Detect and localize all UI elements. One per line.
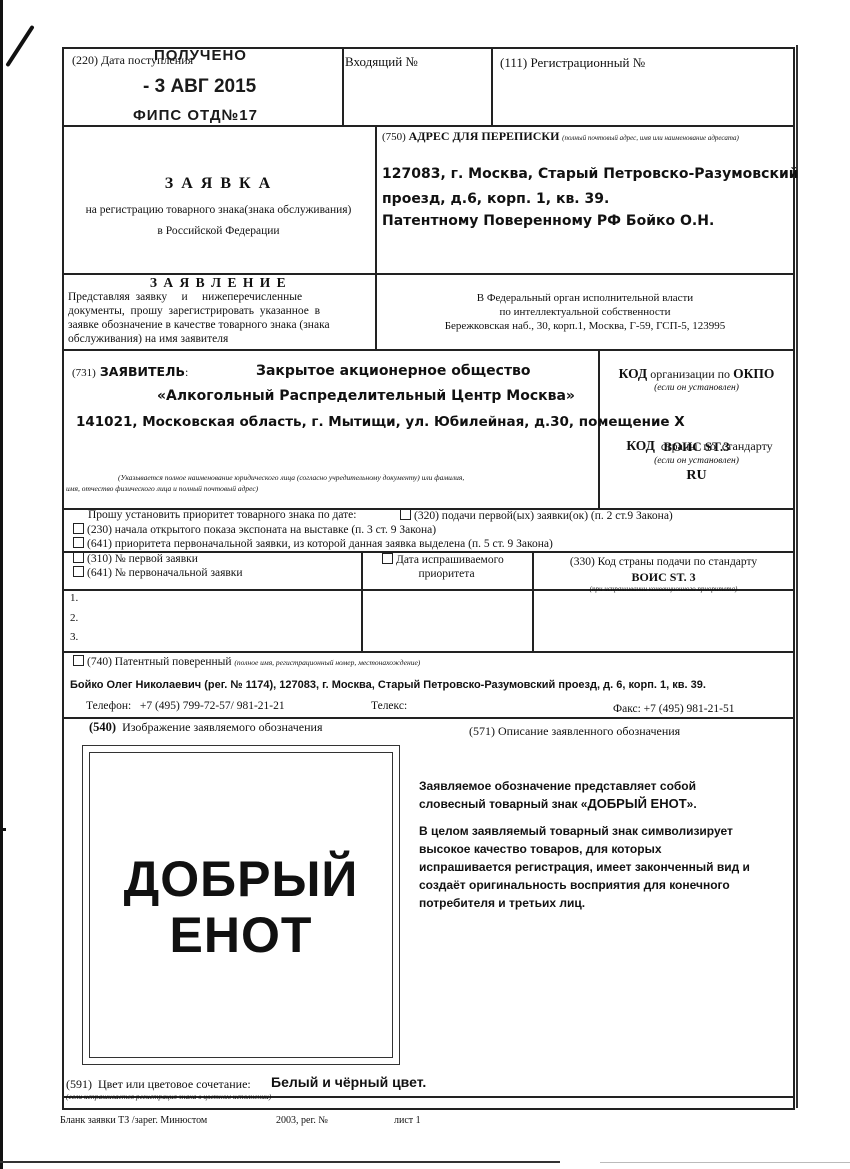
handwritten-slash-mark bbox=[5, 25, 34, 67]
application-subtitle: на регистрацию товарного знака(знака обс… bbox=[62, 204, 375, 216]
footer-registration: 2003, рег. № bbox=[276, 1115, 328, 1126]
attorney-details: Бойко Олег Николаевич (рег. № 1174), 127… bbox=[70, 679, 706, 691]
first-application-checkbox[interactable] bbox=[73, 552, 84, 563]
mark-description: Заявляемое обозначение представляет собо… bbox=[419, 777, 750, 912]
statement-text: обслуживания) на имя заявителя bbox=[68, 333, 228, 345]
mark-word-line: ДОБРЫЙ bbox=[90, 851, 392, 907]
attorney-telex: Телекс: bbox=[371, 700, 407, 712]
footer-form-name: Бланк заявки ТЗ /зарег. Минюстом bbox=[60, 1115, 207, 1126]
registration-number-label: (111) Регистрационный № bbox=[500, 55, 645, 71]
original-application-number: (641) № первоначальной заявки bbox=[73, 566, 243, 579]
divider bbox=[342, 47, 344, 125]
priority-date-checkbox[interactable] bbox=[382, 553, 393, 564]
applicant-name: Закрытое акционерное общество bbox=[256, 363, 531, 379]
applicant-name: «Алкогольный Распределительный Центр Мос… bbox=[157, 388, 575, 404]
mark-image-frame: ДОБРЫЙ ЕНОТ bbox=[82, 745, 400, 1065]
stamp-received: ПОЛУЧЕНО bbox=[154, 47, 247, 64]
first-application-number: (310) № первой заявки bbox=[73, 552, 198, 565]
divider bbox=[62, 651, 795, 653]
priority-230-checkbox[interactable] bbox=[73, 523, 84, 534]
country-code-value: RU bbox=[598, 468, 795, 484]
correspondence-label: (750) АДРЕС ДЛЯ ПЕРЕПИСКИ (полный почтов… bbox=[382, 129, 739, 144]
statement-text: документы, прошу зарегистрировать указан… bbox=[68, 305, 320, 317]
priority-option-641: (641) приоритета первоначальной заявки, … bbox=[73, 537, 553, 550]
priority-row-number: 3. bbox=[70, 631, 78, 643]
priority-row-number: 1. bbox=[70, 592, 78, 604]
country-filing-standard: ВОИС ST. 3 bbox=[532, 570, 795, 585]
priority-641-checkbox[interactable] bbox=[73, 537, 84, 548]
application-subtitle: в Российской Федерации bbox=[62, 225, 375, 237]
applicant-note: (Указывается полное наименование юридиче… bbox=[118, 473, 464, 482]
applicant-note: имя, отчество физического лица и полный … bbox=[66, 484, 258, 493]
statement-title: З А Я В Л Е Н И Е bbox=[62, 275, 375, 291]
priority-intro: Прошу установить приоритет товарного зна… bbox=[88, 509, 356, 521]
authority-line: В Федеральный орган исполнительной власт… bbox=[375, 292, 795, 304]
applicant-label: (731) ЗАЯВИТЕЛЬ: bbox=[72, 363, 188, 381]
original-application-checkbox[interactable] bbox=[73, 566, 84, 577]
statement-text: Представляя заявку и нижеперечисленные bbox=[68, 291, 368, 303]
incoming-number-label: Входящий № bbox=[345, 54, 418, 70]
divider bbox=[361, 551, 363, 652]
priority-row-number: 2. bbox=[70, 612, 78, 624]
priority-option-230: (230) начала открытого показа экспоната … bbox=[73, 523, 436, 536]
attorney-checkbox[interactable] bbox=[73, 655, 84, 666]
color-note: (если испрашивается регистрация знака в … bbox=[66, 1092, 271, 1101]
color-value: Белый и чёрный цвет. bbox=[271, 1074, 426, 1090]
applicant-address: 141021, Московская область, г. Мытищи, у… bbox=[76, 414, 685, 430]
authority-line: по интеллектуальной собственности bbox=[375, 306, 795, 318]
country-standard: ВОИС ST.3 bbox=[598, 439, 795, 455]
okpo-code-label: КОД организации по ОКПО bbox=[598, 366, 795, 382]
attorney-fax: Факс: +7 (495) 981-21-51 bbox=[613, 703, 734, 715]
attorney-label: (740) Патентный поверенный (полное имя, … bbox=[73, 655, 420, 668]
mark-word-line: ЕНОТ bbox=[90, 907, 392, 963]
mark-image-label: (540) Изображение заявляемого обозначени… bbox=[89, 720, 322, 735]
divider bbox=[62, 125, 795, 127]
attorney-phone: Телефон: +7 (495) 799-72-57/ 981-21-21 bbox=[86, 700, 285, 712]
divider bbox=[62, 349, 795, 351]
application-title: З А Я В К А bbox=[62, 175, 375, 193]
authority-address: Бережковская наб., 30, корп.1, Москва, Г… bbox=[375, 320, 795, 332]
color-label: (591) Цвет или цветовое сочетание: bbox=[66, 1077, 251, 1092]
divider bbox=[491, 47, 493, 125]
priority-date-label: Дата испрашиваемого bbox=[382, 553, 504, 566]
country-note: (если он установлен) bbox=[598, 456, 795, 466]
correspondence-address-line: 127083, г. Москва, Старый Петровско-Разу… bbox=[382, 166, 799, 182]
okpo-note: (если он установлен) bbox=[598, 383, 795, 393]
scan-bottom-line bbox=[0, 1161, 560, 1163]
stamp-department: ФИПС ОТД№17 bbox=[133, 107, 258, 124]
scan-bottom-line bbox=[600, 1162, 850, 1163]
priority-option-320: (320) подачи первой(ых) заявки(ок) (п. 2… bbox=[400, 509, 673, 522]
priority-320-checkbox[interactable] bbox=[400, 509, 411, 520]
country-filing-note: (при испрашивании конвенционного приорит… bbox=[532, 585, 795, 593]
statement-text: заявке обозначение в качестве товарного … bbox=[68, 319, 330, 331]
divider bbox=[62, 717, 795, 719]
stamp-date: - 3 АВГ 2015 bbox=[143, 76, 256, 98]
country-filing-code-label: (330) Код страны подачи по стандарту bbox=[532, 556, 795, 568]
scan-dot bbox=[3, 828, 6, 831]
correspondence-addressee: Патентному Поверенному РФ Бойко О.Н. bbox=[382, 213, 714, 229]
mark-description-label: (571) Описание заявленного обозначения bbox=[469, 724, 680, 739]
priority-date-label: приоритета bbox=[361, 568, 532, 580]
footer-sheet: лист 1 bbox=[394, 1115, 421, 1126]
scan-edge bbox=[0, 0, 3, 1169]
correspondence-address-line: проезд, д.6, корп. 1, кв. 39. bbox=[382, 191, 609, 207]
